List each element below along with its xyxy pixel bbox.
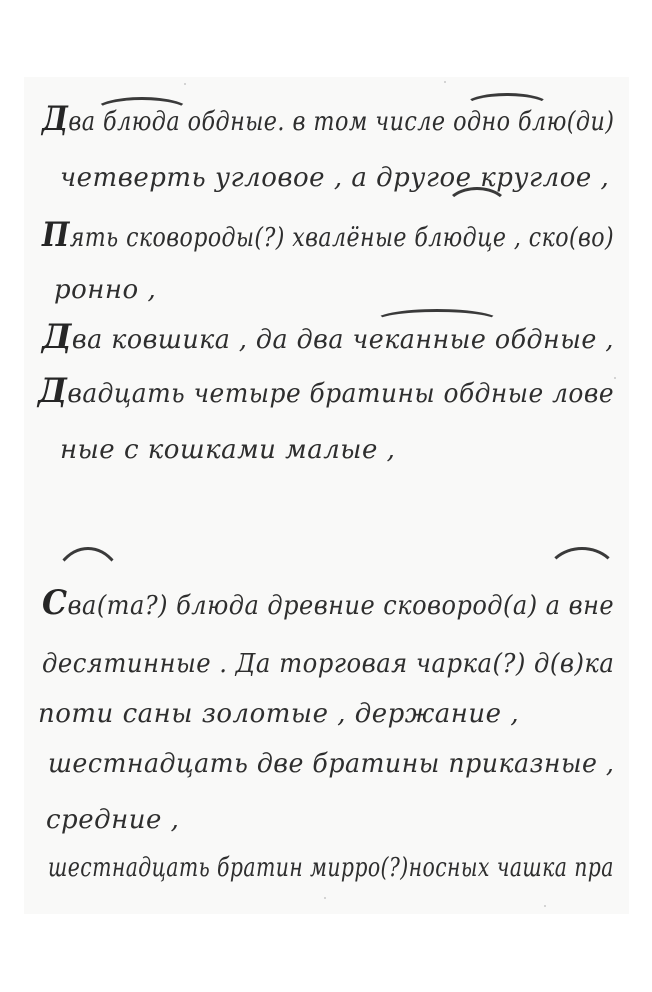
manuscript-page: Два блюда обдные. в том числе одно блю(д… [24, 77, 629, 914]
line-text: ронно , [54, 275, 156, 305]
line-text: вадцать четыре братины обдные лове [67, 379, 614, 409]
line-text: шестнадцать братин мирро(?)носных чашка … [48, 853, 614, 883]
manuscript-line: средние , [46, 797, 179, 837]
manuscript-line: ронно , [54, 267, 156, 307]
drop-initial: Д [42, 99, 68, 139]
line-text: ва(та?) блюда древние сковород(а) а вне [68, 591, 615, 621]
line-text: средние , [46, 805, 179, 835]
manuscript-line: Пять сковороды(?) хвалёные блюдце , ско(… [42, 215, 614, 255]
flourish-stroke [94, 97, 190, 125]
manuscript-line: Сва(та?) блюда древние сковород(а) а вне [42, 583, 614, 623]
manuscript-line: ные с кошками малые , [60, 427, 395, 467]
manuscript-line: шестнадцать братин мирро(?)носных чашка … [48, 845, 614, 885]
manuscript-line: десятинные . Да торговая чарка(?) д(в)ка [42, 641, 614, 681]
line-text: шестнадцать две братины приказные , [48, 749, 614, 779]
drop-initial: Д [38, 371, 67, 411]
scan-speck [184, 83, 186, 85]
flourish-stroke [444, 187, 510, 233]
line-text: ные с кошками малые , [60, 435, 395, 465]
manuscript-line: поти саны золотые , держание , [38, 691, 519, 731]
scan-speck [324, 897, 326, 899]
manuscript-line: Двадцать четыре братины обдные лове [38, 371, 614, 411]
manuscript-line: четверть угловое , а другое круглое , [60, 155, 609, 195]
scan-speck [614, 377, 616, 379]
scan-speck [444, 81, 446, 83]
line-text: ва ковшика , да два чеканные обдные , [72, 325, 614, 355]
line-text: ять сковороды(?) хвалёные блюдце , ско(в… [70, 223, 614, 253]
flourish-stroke [464, 93, 550, 119]
line-text: поти саны золотые , держание , [38, 699, 519, 729]
line-text: четверть угловое , а другое круглое , [60, 163, 609, 193]
line-text: десятинные . Да торговая чарка(?) д(в)ка [42, 649, 614, 679]
scan-speck [544, 905, 546, 907]
manuscript-line: шестнадцать две братины приказные , [48, 741, 614, 781]
drop-initial: П [42, 215, 70, 255]
drop-initial: Д [42, 317, 72, 357]
drop-initial: С [42, 583, 68, 623]
manuscript-line: Два ковшика , да два чеканные обдные , [42, 317, 614, 357]
flourish-stroke [374, 309, 500, 333]
